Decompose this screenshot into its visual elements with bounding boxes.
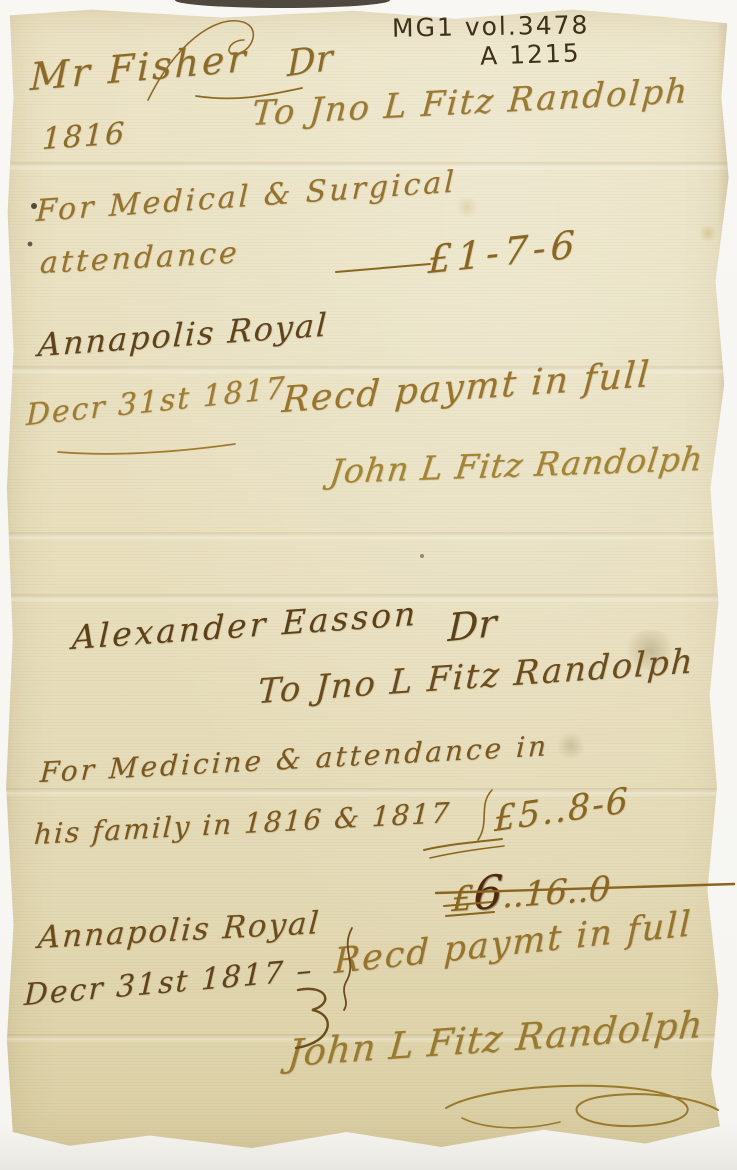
corrected-amount-rest: ..16..0 [501, 869, 611, 917]
archival-reference-line1: MG1 vol.3478 [392, 10, 590, 42]
paper-edge-shading [717, 5, 733, 1155]
archival-reference-line2: A 1215 [480, 38, 582, 70]
receipt1-dr-abbrev: Dr [287, 37, 333, 85]
corrected-currency-sign: £ [451, 878, 475, 920]
ink-stain [556, 733, 586, 759]
receipt2-amount-corrected: £6..16..0 [451, 857, 613, 922]
fold-crease [4, 532, 733, 541]
foxing-spot [454, 197, 480, 217]
foxing-spot [698, 225, 718, 241]
receipt1-year: 1816 [41, 116, 126, 157]
document-scan: MG1 vol.3478 A 1215 Mr Fisher Dr To Jno … [0, 0, 737, 1170]
corrected-bold-digit: 6 [472, 864, 504, 920]
scan-edge-artifact [175, 0, 390, 8]
receipt2-dr-abbrev: Dr [447, 601, 497, 650]
